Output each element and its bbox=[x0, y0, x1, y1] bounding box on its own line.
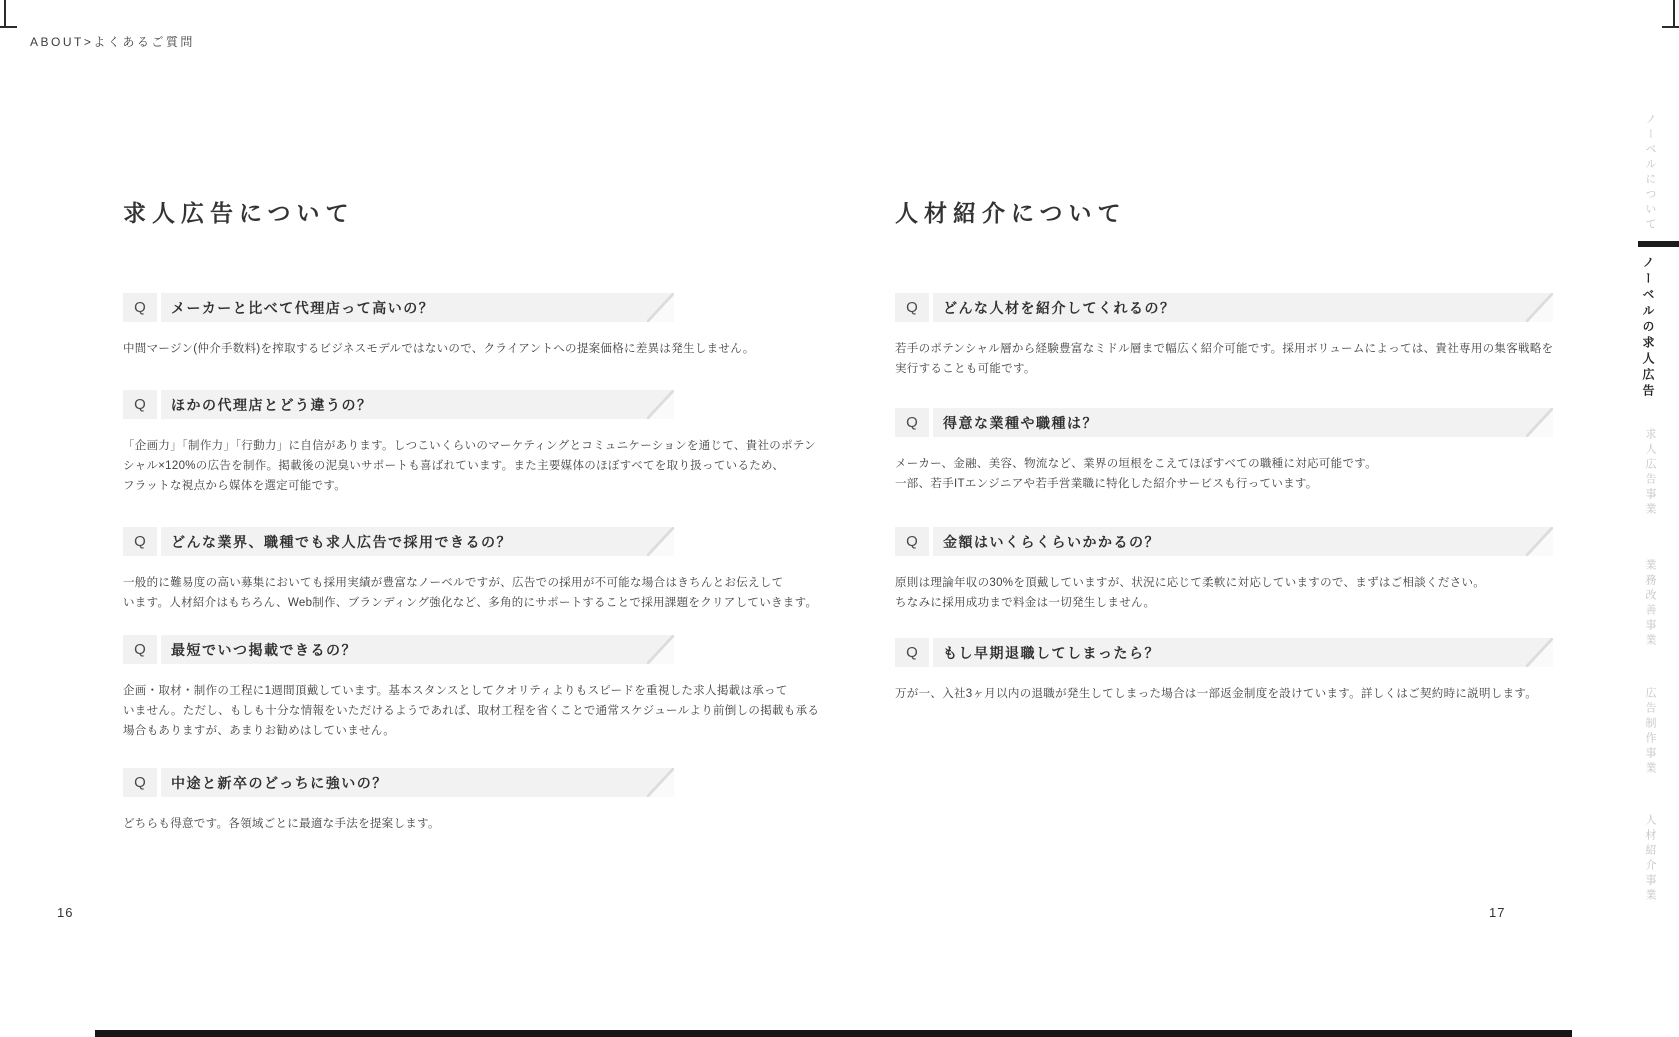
faq-item: Q 中途と新卒のどっちに強いの？ どちらも得意です。各領域ごとに最適な手法を提案… bbox=[123, 768, 674, 797]
right-faq-column: 人材紹介について Q どんな人材を紹介してくれるの？ 若手のポテンシャル層から経… bbox=[895, 0, 1555, 1037]
faq-item: Q ほかの代理店とどう違うの？ 「企画力」「制作力」「行動力」に自信があります。… bbox=[123, 390, 674, 419]
faq-answer: 「企画力」「制作力」「行動力」に自信があります。しつこいくらいのマーケティングと… bbox=[123, 436, 816, 496]
faq-answer: 企画・取材・制作の工程に1週間頂戴しています。基本スタンスとしてクオリティよりも… bbox=[123, 681, 819, 741]
q-marker: Q bbox=[895, 293, 929, 322]
faq-answer: メーカー、金融、美容、物流など、業界の垣根をこえてほぼすべての職種に対応可能です… bbox=[895, 454, 1377, 494]
faq-question: 最短でいつ掲載できるの？ bbox=[161, 640, 357, 660]
q-marker: Q bbox=[123, 390, 157, 419]
sidebar-item-job-ad-business: 求人広告事業 bbox=[1642, 428, 1658, 518]
crop-mark-top-left bbox=[0, 26, 17, 28]
faq-question: どんな人材を紹介してくれるの？ bbox=[933, 298, 1176, 318]
page-number-left: 16 bbox=[57, 905, 73, 920]
left-faq-column: 求人広告について Q メーカーと比べて代理店って高いの？ 中間マージン(仲介手数… bbox=[123, 0, 698, 1037]
faq-item: Q どんな業界、職種でも求人広告で採用できるの？ 一般的に難易度の高い募集におい… bbox=[123, 527, 674, 556]
sidebar-item-nobel-job-ads: ノーベルの求人広告 bbox=[1640, 256, 1657, 400]
faq-answer: 中間マージン(仲介手数料)を搾取するビジネスモデルではないので、クライアントへの… bbox=[123, 339, 755, 359]
q-marker: Q bbox=[895, 638, 929, 667]
fold-corner-decoration bbox=[1526, 408, 1553, 437]
fold-corner-decoration bbox=[647, 527, 674, 556]
sidebar-item-operation-improvement: 業務改善事業 bbox=[1642, 559, 1658, 649]
fold-corner-decoration bbox=[1526, 638, 1553, 667]
faq-question: ほかの代理店とどう違うの？ bbox=[161, 395, 373, 415]
faq-item: Q 得意な業種や職種は？ メーカー、金融、美容、物流など、業界の垣根をこえてほぼ… bbox=[895, 408, 1553, 437]
faq-item: Q メーカーと比べて代理店って高いの？ 中間マージン(仲介手数料)を搾取するビジ… bbox=[123, 293, 674, 322]
faq-answer: どちらも得意です。各領域ごとに最適な手法を提案します。 bbox=[123, 814, 440, 834]
faq-answer: 万が一、入社3ヶ月以内の退職が発生してしまった場合は一部返金制度を設けています。… bbox=[895, 684, 1537, 704]
fold-corner-decoration bbox=[1526, 293, 1553, 322]
page-number-right: 17 bbox=[1489, 905, 1505, 920]
faq-question: メーカーと比べて代理店って高いの？ bbox=[161, 298, 434, 318]
faq-question: もし早期退職してしまったら？ bbox=[933, 643, 1160, 663]
q-marker: Q bbox=[123, 635, 157, 664]
q-marker: Q bbox=[895, 527, 929, 556]
faq-question: 中途と新卒のどっちに強いの？ bbox=[161, 773, 388, 793]
faq-question: 得意な業種や職種は？ bbox=[933, 413, 1098, 433]
q-marker: Q bbox=[123, 293, 157, 322]
fold-corner-decoration bbox=[647, 635, 674, 664]
faq-item: Q 金額はいくらくらいかかるの？ 原則は理論年収の30%を頂戴していますが、状況… bbox=[895, 527, 1553, 556]
crop-mark-top-left bbox=[4, 0, 6, 28]
fold-corner-decoration bbox=[1526, 527, 1553, 556]
sidebar-item-recruitment-business: 人材紹介事業 bbox=[1642, 814, 1658, 904]
faq-answer: 原則は理論年収の30%を頂戴していますが、状況に応じて柔軟に対応していますので、… bbox=[895, 573, 1485, 613]
fold-corner-decoration bbox=[647, 390, 674, 419]
q-marker: Q bbox=[123, 527, 157, 556]
right-section-title: 人材紹介について bbox=[895, 195, 1127, 228]
faq-item: Q 最短でいつ掲載できるの？ 企画・取材・制作の工程に1週間頂戴しています。基本… bbox=[123, 635, 674, 664]
crop-mark-top-right bbox=[1673, 0, 1675, 28]
crop-mark-top-right bbox=[1662, 26, 1679, 28]
fold-corner-decoration bbox=[647, 768, 674, 797]
q-marker: Q bbox=[123, 768, 157, 797]
faq-item: Q もし早期退職してしまったら？ 万が一、入社3ヶ月以内の退職が発生してしまった… bbox=[895, 638, 1553, 667]
left-section-title: 求人広告について bbox=[123, 195, 355, 228]
q-marker: Q bbox=[895, 408, 929, 437]
faq-question: どんな業界、職種でも求人広告で採用できるの？ bbox=[161, 532, 512, 552]
faq-answer: 若手のポテンシャル層から経験豊富なミドル層まで幅広く紹介可能です。採用ボリューム… bbox=[895, 339, 1553, 379]
faq-question: 金額はいくらくらいかかるの？ bbox=[933, 532, 1160, 552]
faq-answer: 一般的に難易度の高い募集においても採用実績が豊富なノーベルですが、広告での採用が… bbox=[123, 573, 817, 613]
sidebar-item-ad-production: 広告制作事業 bbox=[1642, 687, 1658, 777]
fold-corner-decoration bbox=[647, 293, 674, 322]
sidebar-active-tab-bar bbox=[1638, 241, 1679, 247]
faq-item: Q どんな人材を紹介してくれるの？ 若手のポテンシャル層から経験豊富なミドル層ま… bbox=[895, 293, 1553, 322]
sidebar-item-about-nobel: ノーベルについて bbox=[1642, 113, 1658, 233]
